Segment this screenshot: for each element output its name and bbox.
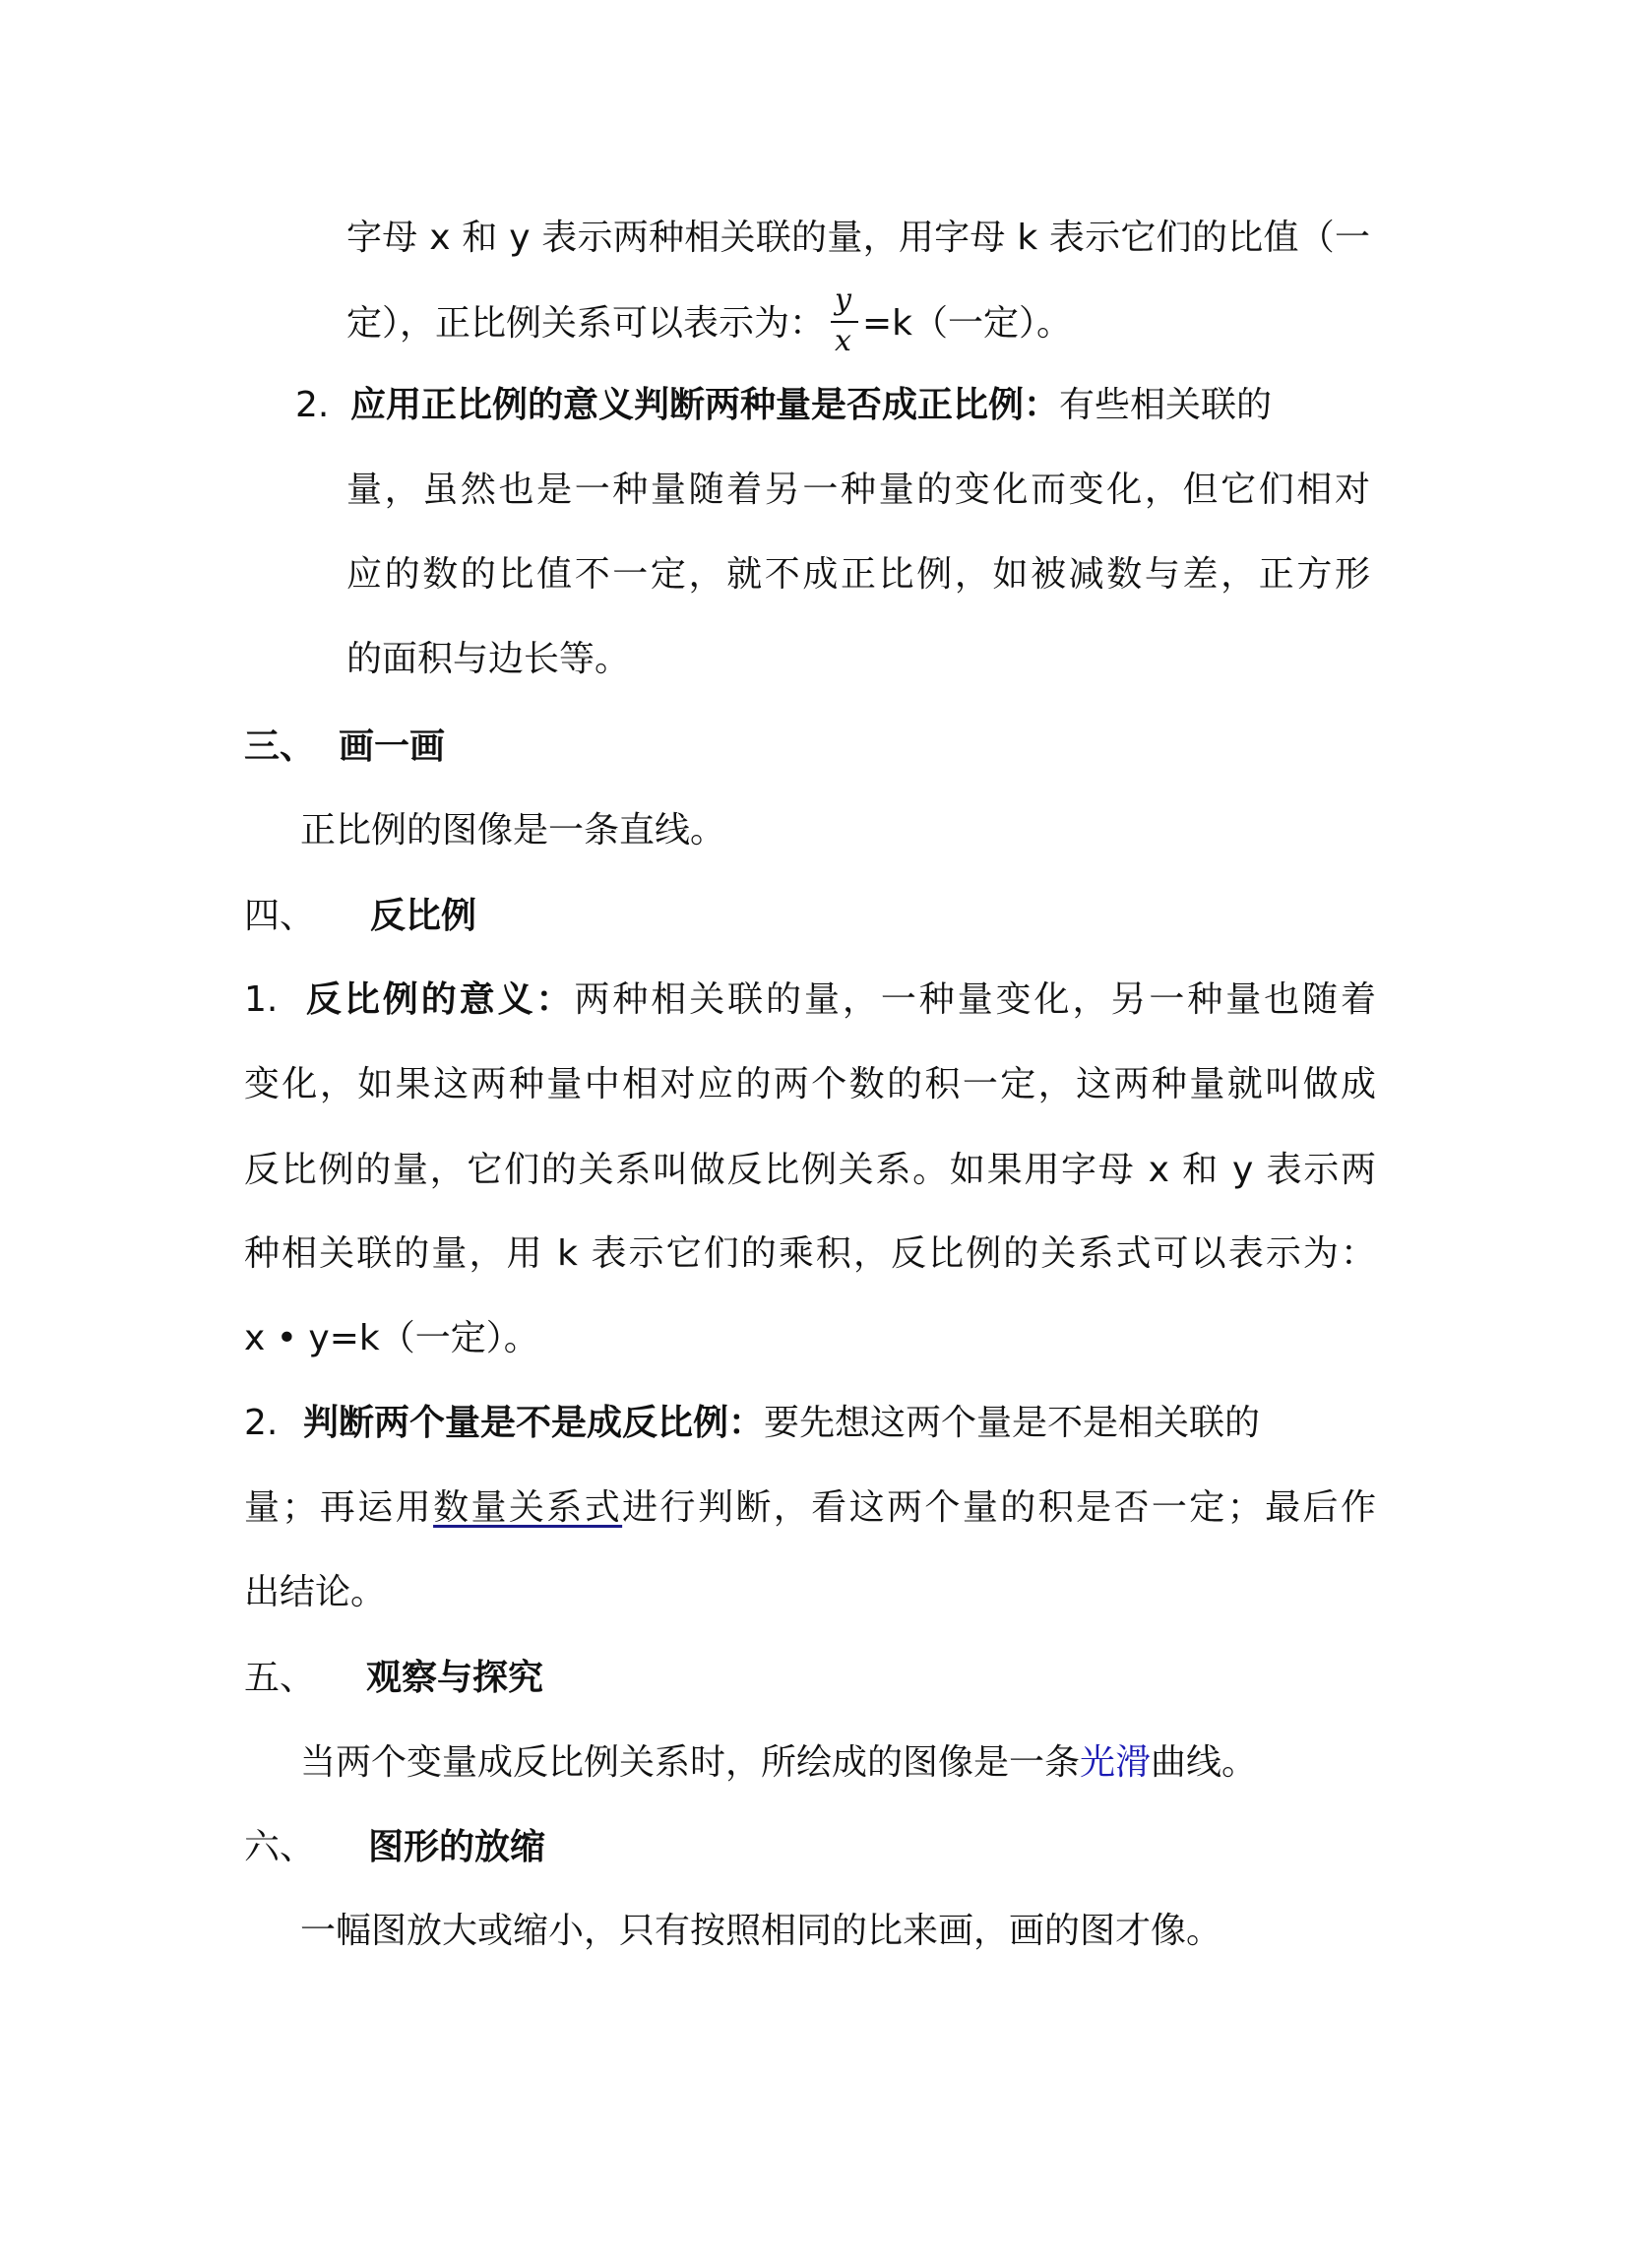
formula-line: x • y=k（一定）。 [244,1317,539,1360]
fraction-numerator: y [835,283,851,317]
section-number: 六、 [244,1826,368,1869]
formula-rest-text: =k（一定）。 [862,303,1072,344]
paragraph-line: 的面积与边长等。 [346,638,630,681]
fraction-y-over-x: yx [831,295,860,354]
section-body: 当两个变量成反比例关系时，所绘成的图像是一条光滑曲线。 [300,1741,1257,1785]
text-segment: 进行判断，看这两个量的积是否一定；最后作 [622,1487,1376,1528]
paragraph-line: 应的数的比值不一定，就不成正比例，如被减数与差，正方形 [346,553,1370,597]
section-body: 一幅图放大或缩小，只有按照相同的比来画，画的图才像。 [300,1910,1221,1953]
list-item-text: 有些相关联的 [1059,385,1272,425]
list-item-title: 应用正比例的意义判断两种量是否成正比例： [350,385,1059,425]
list-number: 2. [295,384,350,427]
paragraph-line: 出结论。 [244,1571,386,1614]
paragraph-line: 量，虽然也是一种量随着另一种量的变化而变化，但它们相对 [346,469,1370,512]
paragraph-line: 字母 x 和 y 表示两种相关联的量，用字母 k 表示它们的比值（一 [346,217,1370,260]
section-number: 五、 [244,1657,366,1700]
highlighted-term: 光滑 [1080,1742,1151,1783]
section-title: 图形的放缩 [368,1827,545,1867]
section-heading-3: 三、画一画 [244,725,445,769]
list-item-direct-2: 2.应用正比例的意义判断两种量是否成正比例：有些相关联的 [295,384,1378,427]
list-number: 2. [244,1402,303,1445]
section-number: 四、 [244,895,370,938]
paragraph-line: 种相关联的量，用 k 表示它们的乘积，反比例的关系式可以表示为： [244,1232,1376,1276]
list-item-inverse-2: 2.判断两个量是不是成反比例：要先想这两个量是不是相关联的 [244,1402,1376,1445]
underlined-term: 数量关系式 [433,1487,622,1528]
formula-intro-text: 定），正比例关系可以表示为： [346,303,825,344]
section-number: 三、 [244,725,339,769]
list-item-text: 要先想这两个量是不是相关联的 [764,1403,1260,1443]
fraction-denominator: x [835,325,851,358]
text-segment: 曲线。 [1151,1742,1257,1783]
section-title: 反比例 [370,896,476,936]
list-number: 1. [244,978,303,1022]
paragraph-line-with-formula: 定），正比例关系可以表示为：yx=k（一定）。 [346,295,1072,354]
section-heading-4: 四、反比例 [244,895,476,938]
text-segment: 量；再运用 [244,1487,433,1528]
list-item-text: 两种相关联的量，一种量变化，另一种量也随着 [574,979,1376,1020]
section-title: 观察与探究 [366,1658,543,1698]
section-body: 正比例的图像是一条直线。 [300,809,725,852]
section-title: 画一画 [339,726,445,767]
section-heading-6: 六、图形的放缩 [244,1826,545,1869]
paragraph-line: 反比例的量，它们的关系叫做反比例关系。如果用字母 x 和 y 表示两 [244,1149,1376,1192]
list-item-title: 反比例的意义： [303,979,574,1020]
text-segment: 当两个变量成反比例关系时，所绘成的图像是一条 [300,1742,1080,1783]
list-item-title: 判断两个量是不是成反比例： [303,1403,764,1443]
section-heading-5: 五、观察与探究 [244,1657,543,1700]
paragraph-line: 量；再运用数量关系式进行判断，看这两个量的积是否一定；最后作 [244,1486,1376,1530]
paragraph-line: 变化，如果这两种量中相对应的两个数的积一定，这两种量就叫做成 [244,1063,1376,1106]
list-item-inverse-1: 1.反比例的意义：两种相关联的量，一种量变化，另一种量也随着 [244,978,1376,1022]
fraction-bar [831,321,858,323]
